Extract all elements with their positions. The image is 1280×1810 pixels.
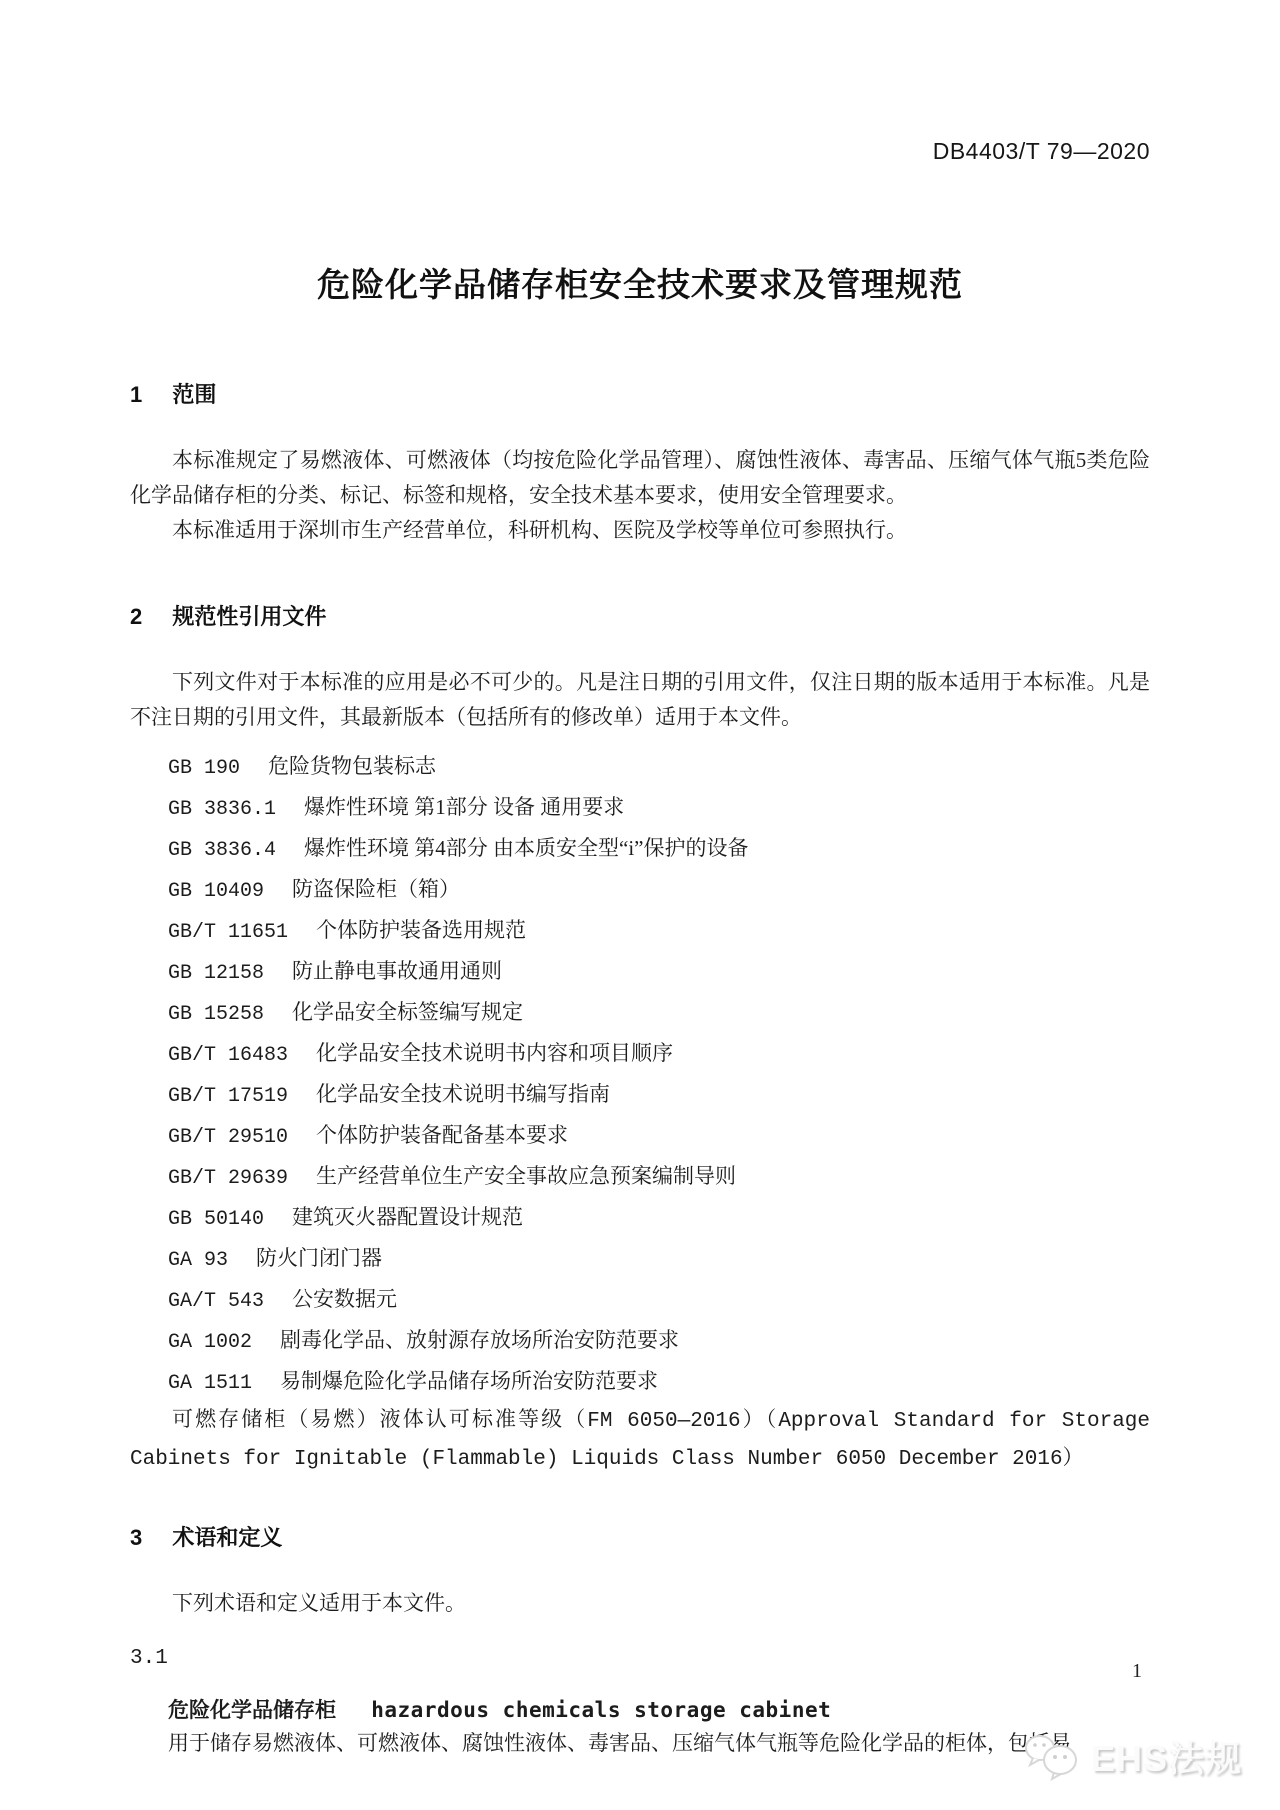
reference-title: 爆炸性环境 第4部分 由本质安全型“i”保护的设备 <box>304 836 748 860</box>
section-heading-scope: 1 范围 <box>130 378 1150 409</box>
reference-title: 防火门闭门器 <box>256 1246 382 1270</box>
reference-item: GA 93防火门闭门器 <box>130 1239 1150 1280</box>
reference-code: GB 10409 <box>168 880 264 903</box>
reference-item: GA 1002剧毒化学品、放射源存放场所治安防范要求 <box>130 1321 1150 1362</box>
reference-code: GA 1511 <box>168 1372 252 1395</box>
reference-title: 易制爆危险化学品储存场所治安防范要求 <box>280 1369 658 1393</box>
reference-title: 剧毒化学品、放射源存放场所治安防范要求 <box>280 1328 679 1352</box>
reference-code: GB 3836.4 <box>168 839 276 862</box>
section-heading-references: 2 规范性引用文件 <box>130 600 1150 631</box>
reference-item: GB 12158防止静电事故通用通则 <box>130 952 1150 993</box>
reference-title: 化学品安全技术说明书内容和项目顺序 <box>316 1041 673 1065</box>
term-chinese: 危险化学品储存柜 <box>168 1699 336 1722</box>
scope-paragraph-2: 本标准适用于深圳市生产经营单位，科研机构、医院及学校等单位可参照执行。 <box>130 513 1150 548</box>
reference-title: 个体防护装备选用规范 <box>316 918 526 942</box>
reference-code: GB 15258 <box>168 1003 264 1026</box>
reference-title: 防止静电事故通用通则 <box>292 959 502 983</box>
reference-title: 危险货物包装标志 <box>268 754 436 778</box>
reference-title: 化学品安全技术说明书编写指南 <box>316 1082 610 1106</box>
reference-code: GB 50140 <box>168 1208 264 1231</box>
reference-code: GA 93 <box>168 1249 228 1272</box>
reference-item: GB 10409防盗保险柜（箱） <box>130 870 1150 911</box>
term-definition: 用于储存易燃液体、可燃液体、腐蚀性液体、毒害品、压缩气体气瓶等危险化学品的柜体，… <box>130 1724 1150 1762</box>
wechat-speech-bubbles-icon <box>1023 1733 1081 1781</box>
term-entry: 危险化学品储存柜 hazardous chemicals storage cab… <box>130 1694 1150 1724</box>
document-content: DB4403/T 79—2020 危险化学品储存柜安全技术要求及管理规范 1 范… <box>0 0 1280 1762</box>
term-english: hazardous chemicals storage cabinet <box>371 1698 831 1722</box>
document-page: DB4403/T 79—2020 危险化学品储存柜安全技术要求及管理规范 1 范… <box>0 0 1280 1810</box>
reference-item: GB 50140建筑灭火器配置设计规范 <box>130 1198 1150 1239</box>
reference-item: GB 3836.4爆炸性环境 第4部分 由本质安全型“i”保护的设备 <box>130 829 1150 870</box>
reference-item: GB 3836.1爆炸性环境 第1部分 设备 通用要求 <box>130 788 1150 829</box>
section-title: 规范性引用文件 <box>172 600 326 631</box>
reference-code: GA 1002 <box>168 1331 252 1354</box>
section-number: 2 <box>130 604 142 630</box>
reference-item: GB/T 29639生产经营单位生产安全事故应急预案编制导则 <box>130 1157 1150 1198</box>
reference-code: GB/T 16483 <box>168 1044 288 1067</box>
reference-title: 建筑灭火器配置设计规范 <box>292 1205 523 1229</box>
reference-item: GA 1511易制爆危险化学品储存场所治安防范要求 <box>130 1362 1150 1403</box>
reference-code: GB/T 29510 <box>168 1126 288 1149</box>
page-number: 1 <box>1132 1660 1142 1683</box>
reference-item: GB/T 17519化学品安全技术说明书编写指南 <box>130 1075 1150 1116</box>
reference-code: GB 190 <box>168 757 240 780</box>
reference-title: 生产经营单位生产安全事故应急预案编制导则 <box>316 1164 736 1188</box>
reference-title: 防盗保险柜（箱） <box>292 877 460 901</box>
reference-title: 化学品安全标签编写规定 <box>292 1000 523 1024</box>
reference-code: GB/T 17519 <box>168 1085 288 1108</box>
references-intro: 下列文件对于本标准的应用是必不可少的。凡是注日期的引用文件，仅注日期的版本适用于… <box>130 665 1150 735</box>
reference-item: GB 190危险货物包装标志 <box>130 747 1150 788</box>
reference-code: GB 12158 <box>168 962 264 985</box>
reference-code: GB/T 11651 <box>168 921 288 944</box>
section-heading-terms: 3 术语和定义 <box>130 1521 1150 1552</box>
standard-code: DB4403/T 79—2020 <box>130 0 1150 165</box>
watermark: EHS法规 <box>1023 1731 1242 1782</box>
reference-code: GA/T 543 <box>168 1290 264 1313</box>
reference-code: GB/T 29639 <box>168 1167 288 1190</box>
terms-intro: 下列术语和定义适用于本文件。 <box>130 1586 1150 1621</box>
watermark-label: EHS法规 <box>1091 1731 1242 1782</box>
section-title: 术语和定义 <box>172 1521 282 1552</box>
scope-paragraph-1: 本标准规定了易燃液体、可燃液体（均按危险化学品管理）、腐蚀性液体、毒害品、压缩气… <box>130 443 1150 513</box>
reference-item: GB/T 29510个体防护装备配备基本要求 <box>130 1116 1150 1157</box>
section-title: 范围 <box>172 378 216 409</box>
reference-code: GB 3836.1 <box>168 798 276 821</box>
term-item-number: 3.1 <box>130 1647 1150 1670</box>
section-number: 3 <box>130 1525 142 1551</box>
reference-title: 个体防护装备配备基本要求 <box>316 1123 568 1147</box>
document-title: 危险化学品储存柜安全技术要求及管理规范 <box>130 259 1150 306</box>
reference-item: GB 15258化学品安全标签编写规定 <box>130 993 1150 1034</box>
reference-list: GB 190危险货物包装标志 GB 3836.1爆炸性环境 第1部分 设备 通用… <box>130 747 1150 1403</box>
reference-item: GB/T 16483化学品安全技术说明书内容和项目顺序 <box>130 1034 1150 1075</box>
reference-item-fm: 可燃存储柜（易燃）液体认可标准等级（FM 6050—2016）（Approval… <box>130 1403 1150 1479</box>
reference-item: GB/T 11651个体防护装备选用规范 <box>130 911 1150 952</box>
section-number: 1 <box>130 382 142 408</box>
reference-title: 公安数据元 <box>292 1287 397 1311</box>
reference-item: GA/T 543公安数据元 <box>130 1280 1150 1321</box>
reference-title: 爆炸性环境 第1部分 设备 通用要求 <box>304 795 624 819</box>
